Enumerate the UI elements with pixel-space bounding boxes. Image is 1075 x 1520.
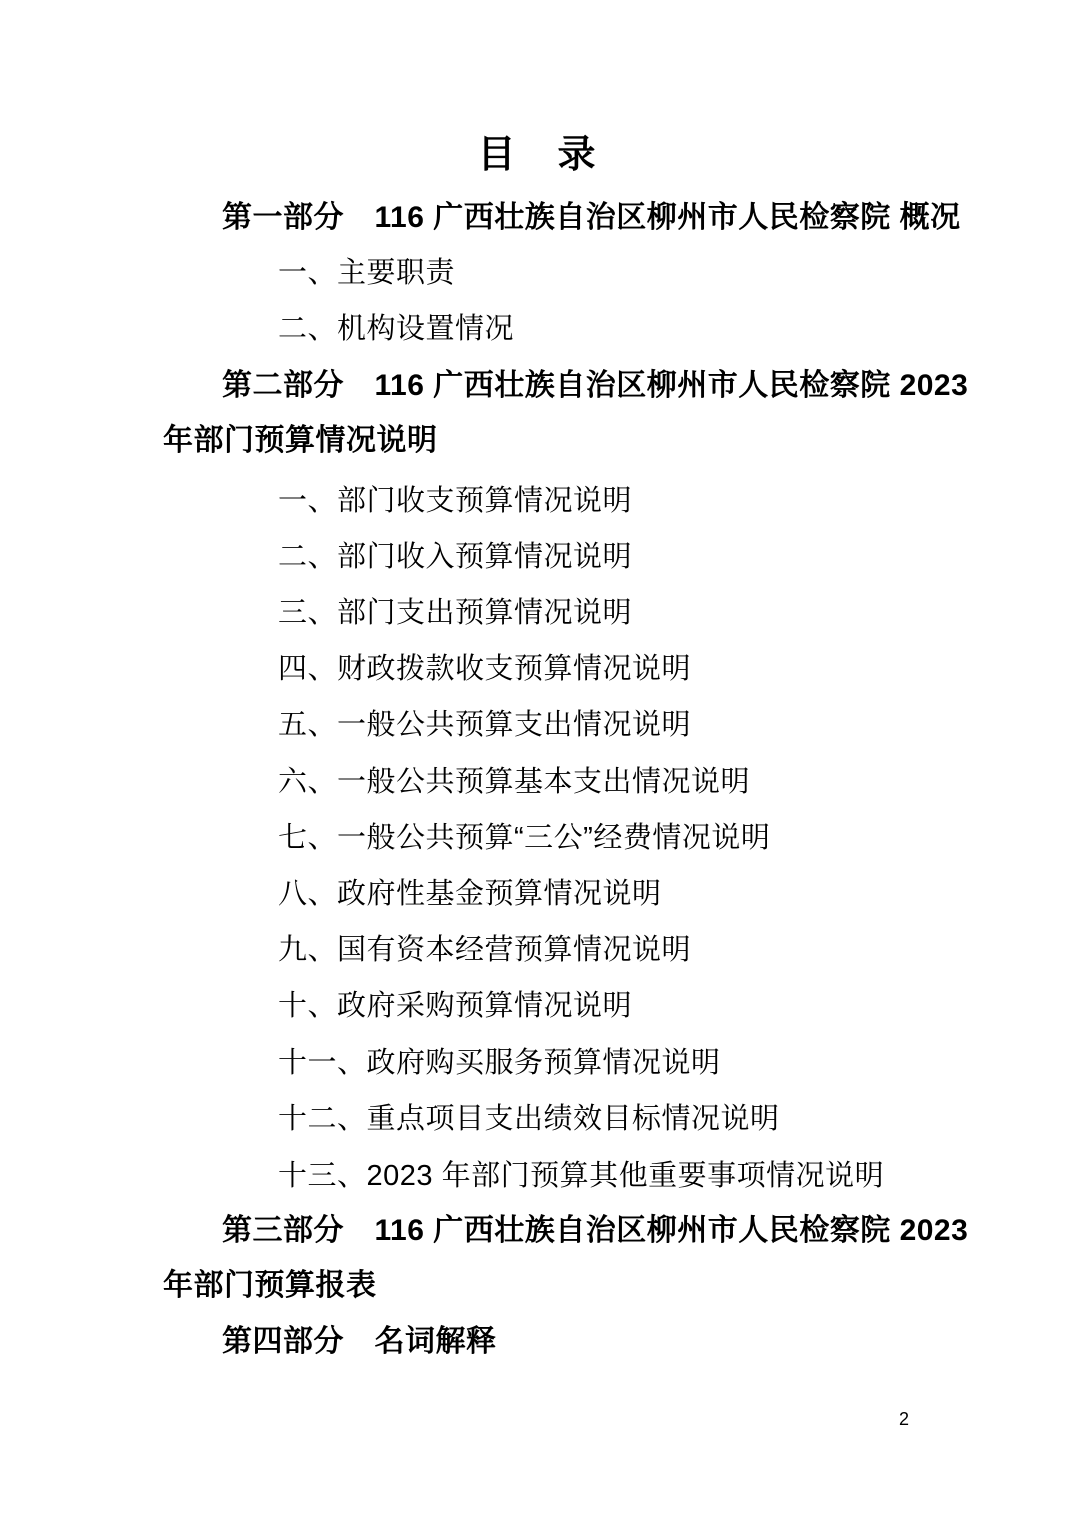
toc-item: 三、部门支出预算情况说明: [278, 599, 632, 628]
toc-item: 一、部门收支预算情况说明: [278, 487, 632, 516]
toc-item: 十一、政府购买服务预算情况说明: [278, 1049, 721, 1078]
toc-item: 四、财政拨款收支预算情况说明: [278, 655, 691, 684]
toc-item: 二、部门收入预算情况说明: [278, 543, 632, 572]
toc-item: 二、机构设置情况: [278, 315, 514, 344]
page-number: 2: [899, 1410, 909, 1428]
part2-heading-line2: 年部门预算情况说明: [163, 426, 438, 456]
part3-heading-line2: 年部门预算报表: [163, 1271, 377, 1301]
toc-title: 目 录: [0, 136, 1075, 174]
toc-item: 十三、2023 年部门预算其他重要事项情况说明: [278, 1162, 884, 1191]
part2-heading-line1: 第二部分 116 广西壮族自治区柳州市人民检察院 2023: [222, 371, 968, 401]
toc-item: 一、主要职责: [278, 259, 455, 288]
toc-item: 十二、重点项目支出绩效目标情况说明: [278, 1105, 780, 1134]
document-page: 目 录 第一部分 116 广西壮族自治区柳州市人民检察院 概况 一、主要职责 二…: [0, 0, 1075, 1520]
part1-heading: 第一部分 116 广西壮族自治区柳州市人民检察院 概况: [222, 203, 961, 233]
toc-item: 七、一般公共预算“三公”经费情况说明: [278, 824, 770, 853]
toc-item: 八、政府性基金预算情况说明: [278, 880, 662, 909]
toc-item: 九、国有资本经营预算情况说明: [278, 936, 691, 965]
toc-item: 五、一般公共预算支出情况说明: [278, 711, 691, 740]
part4-heading: 第四部分 名词解释: [222, 1327, 497, 1357]
toc-item: 六、一般公共预算基本支出情况说明: [278, 768, 750, 797]
part3-heading-line1: 第三部分 116 广西壮族自治区柳州市人民检察院 2023: [222, 1216, 968, 1246]
toc-item: 十、政府采购预算情况说明: [278, 992, 632, 1021]
